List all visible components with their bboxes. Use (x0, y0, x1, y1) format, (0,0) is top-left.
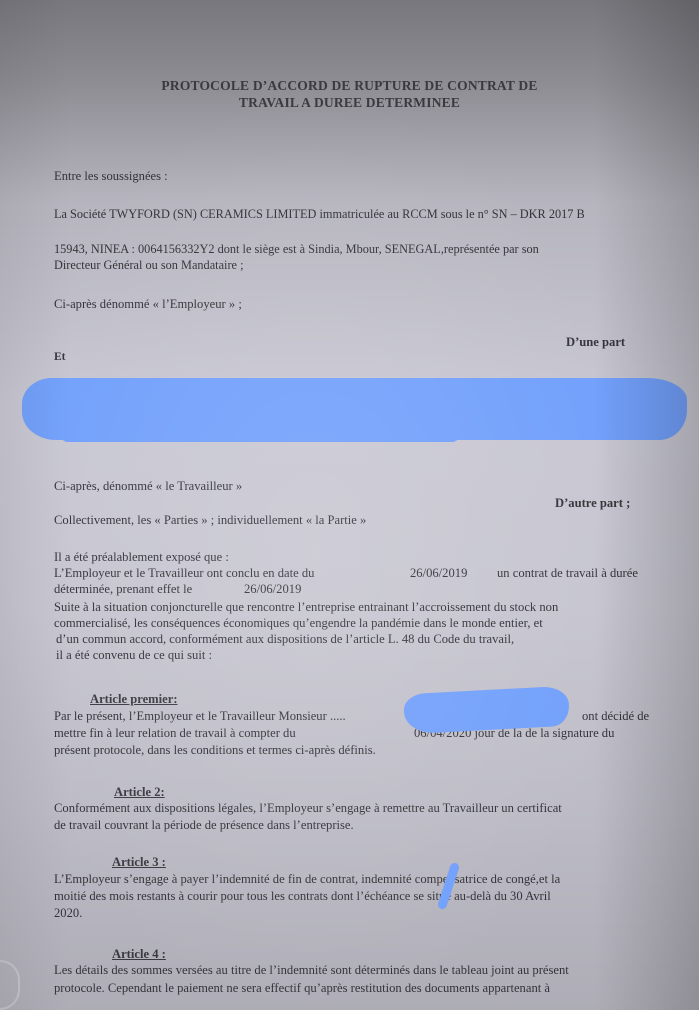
binder-clip-shadow (0, 960, 20, 1010)
expose-line-7: il a été convenu de ce qui suit : (56, 648, 212, 663)
article-1-line-1a: Par le présent, l’Employeur et le Travai… (54, 709, 346, 724)
expose-line-2b: un contrat de travail à durée (497, 566, 638, 581)
article-1-line-3: présent protocole, dans les conditions e… (54, 743, 376, 758)
expose-line-5: commercialisé, les conséquences économiq… (54, 616, 543, 631)
document-page: PROTOCOLE D’ACCORD DE RUPTURE DE CONTRAT… (0, 0, 699, 1010)
expose-line-4: Suite à la situation conjoncturelle que … (54, 600, 558, 615)
parties-definition: Collectivement, les « Parties » ; indivi… (54, 513, 366, 528)
article-1-line-1b: ont décidé de (582, 709, 649, 724)
expose-line-2a: L’Employeur et le Travailleur ont conclu… (54, 566, 314, 581)
document-title-line-2: TRAVAIL A DUREE DETERMINEE (0, 95, 699, 111)
article-4-line-1: Les détails des sommes versées au titre … (54, 963, 569, 978)
employer-line-2: 15943, NINEA : 0064156332Y2 dont le sièg… (54, 242, 539, 257)
et-label: Et (54, 350, 66, 365)
employer-alias: Ci-après dénommé « l’Employeur » ; (54, 297, 242, 312)
article-1-line-2a: mettre fin à leur relation de travail à … (54, 726, 296, 741)
article-4-heading: Article 4 : (112, 947, 166, 962)
article-3-line-3: 2020. (54, 906, 82, 921)
dune-part-label: D’une part (566, 335, 625, 350)
expose-line-6: d’un commun accord, conformément aux dis… (56, 632, 514, 647)
article-2-line-1: Conformément aux dispositions légales, l… (54, 801, 562, 816)
document-title-line-1: PROTOCOLE D’ACCORD DE RUPTURE DE CONTRAT… (0, 78, 699, 94)
article-3-line-2: moitié des mois restants à courir pour t… (54, 889, 551, 904)
article-2-heading: Article 2: (114, 785, 165, 800)
article-3-heading: Article 3 : (112, 855, 166, 870)
expose-heading: Il a été préalablement exposé que : (54, 550, 229, 565)
effective-date: 26/06/2019 (244, 582, 301, 597)
employer-line-3: Directeur Général ou son Mandataire ; (54, 258, 244, 273)
article-2-line-2: de travail couvrant la période de présen… (54, 818, 354, 833)
employer-line-1: La Société TWYFORD (SN) CERAMICS LIMITED… (54, 207, 585, 222)
article-1-heading: Article premier: (90, 692, 178, 707)
redaction-worker-identity-tail (60, 426, 460, 442)
intro-text: Entre les soussignées : (54, 169, 168, 184)
contract-date: 26/06/2019 (410, 566, 467, 581)
expose-line-3a: déterminée, prenant effet le (54, 582, 192, 597)
article-3-line-1: L’Employeur s’engage à payer l’indemnité… (54, 872, 560, 887)
dautre-part-label: D’autre part ; (555, 496, 630, 511)
worker-alias: Ci-après, dénommé « le Travailleur » (54, 479, 242, 494)
article-4-line-2: protocole. Cependant le paiement ne sera… (54, 981, 550, 996)
